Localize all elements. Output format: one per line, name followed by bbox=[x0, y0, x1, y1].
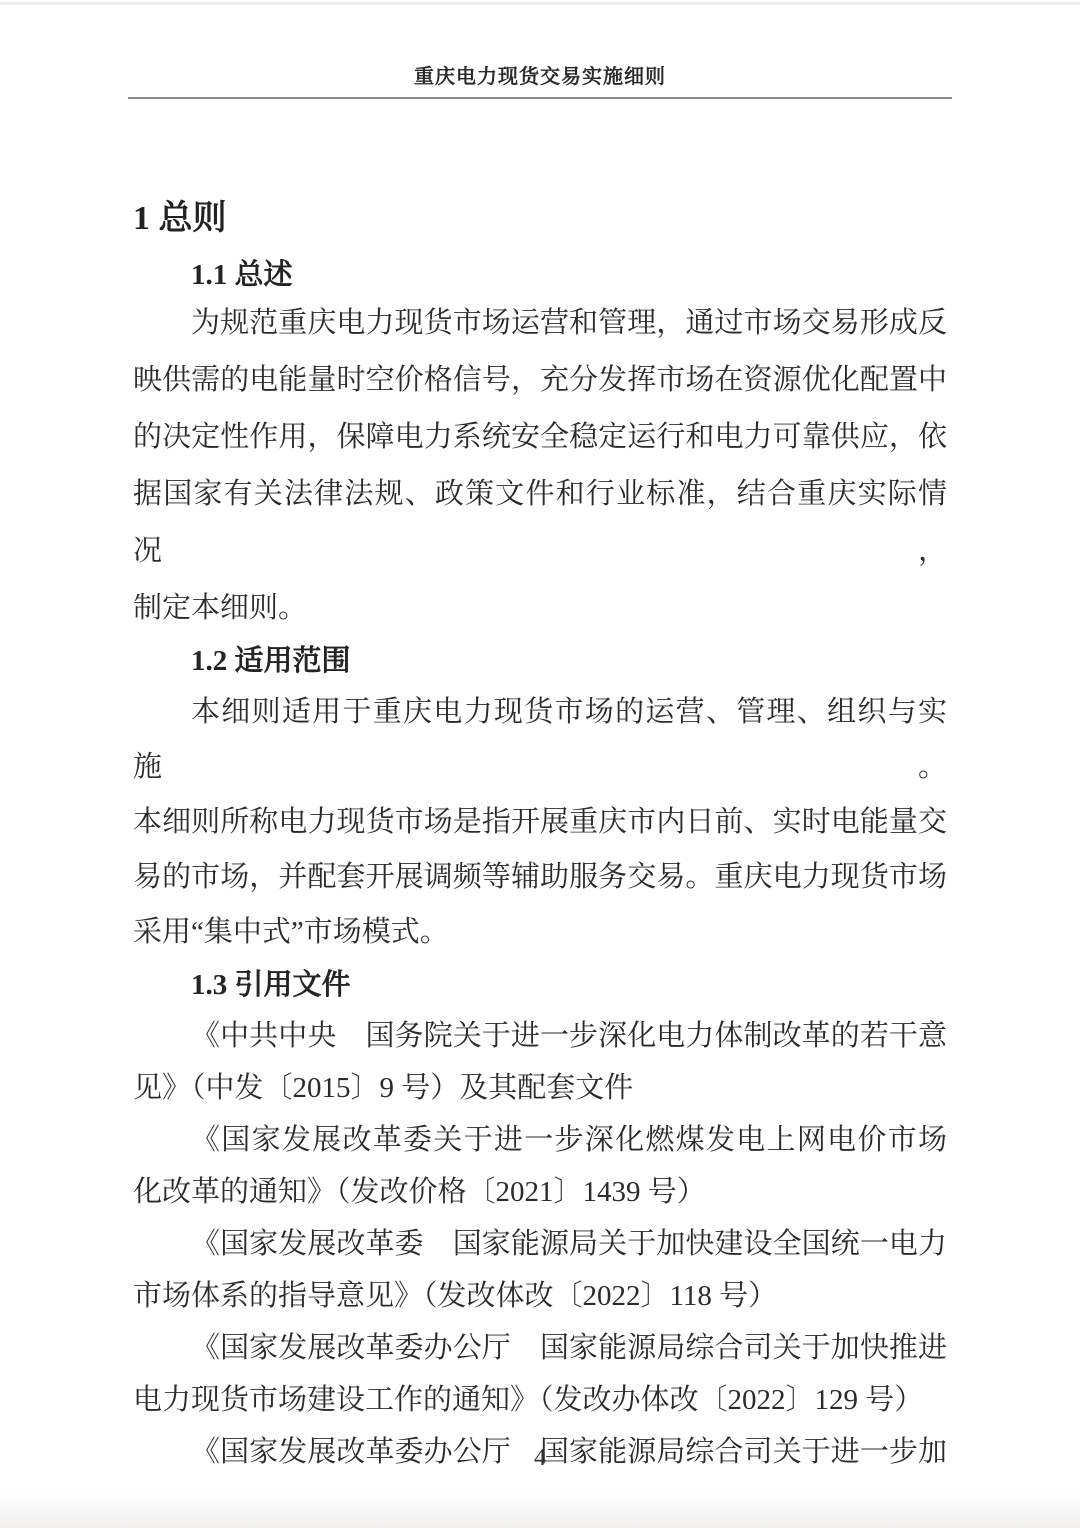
section-heading-1-3: 1.3 引用文件 bbox=[133, 960, 947, 1010]
document-content: 1 总则 1.1 总述 为规范重庆电力现货市场运营和管理，通过市场交易形成反 映… bbox=[133, 197, 947, 1478]
section-1-1-paragraph: 为规范重庆电力现货市场运营和管理，通过市场交易形成反 映供需的电能量时空价格信号… bbox=[133, 295, 947, 637]
page-header-title: 重庆电力现货交易实施细则 bbox=[0, 60, 1080, 89]
reference-line: 市场体系的指导意见》（发改体改〔2022〕118 号） bbox=[133, 1270, 947, 1322]
paragraph-line: 据国家有关法律法规、政策文件和行业标准，结合重庆实际情况， bbox=[133, 466, 947, 580]
header-rule bbox=[128, 97, 952, 99]
section-1-3-references: 《中共中央 国务院关于进一步深化电力体制改革的若干意 见》（中发〔2015〕9 … bbox=[133, 1010, 947, 1478]
reference-line: 见》（中发〔2015〕9 号）及其配套文件 bbox=[133, 1062, 947, 1114]
reference-line: 电力现货市场建设工作的通知》（发改办体改〔2022〕129 号） bbox=[133, 1374, 947, 1426]
paragraph-line: 的决定性作用，保障电力系统安全稳定运行和电力可靠供应，依 bbox=[133, 409, 947, 466]
paragraph-line: 采用“集中式”市场模式。 bbox=[133, 905, 947, 960]
section-heading-1-2: 1.2 适用范围 bbox=[133, 637, 947, 685]
reference-line: 化改革的通知》（发改价格〔2021〕1439 号） bbox=[133, 1166, 947, 1218]
reference-line: 《国家发展改革委办公厅 国家能源局综合司关于加快推进 bbox=[133, 1322, 947, 1374]
scan-top-edge bbox=[0, 2, 1080, 5]
paragraph-line: 本细则所称电力现货市场是指开展重庆市内日前、实时电能量交 bbox=[133, 795, 947, 850]
page-header: 重庆电力现货交易实施细则 bbox=[0, 0, 1080, 89]
section-heading-1-1: 1.1 总述 bbox=[133, 255, 947, 295]
page-number: 4 bbox=[0, 1445, 1080, 1472]
reference-line: 《国家发展改革委 国家能源局关于加快建设全国统一电力 bbox=[133, 1218, 947, 1270]
paragraph-line: 本细则适用于重庆电力现货市场的运营、管理、组织与实施。 bbox=[133, 685, 947, 795]
paragraph-line: 映供需的电能量时空价格信号，充分发挥市场在资源优化配置中 bbox=[133, 352, 947, 409]
paragraph-line: 为规范重庆电力现货市场运营和管理，通过市场交易形成反 bbox=[133, 295, 947, 352]
scan-bottom-edge bbox=[0, 1494, 1080, 1528]
reference-line: 《中共中央 国务院关于进一步深化电力体制改革的若干意 bbox=[133, 1010, 947, 1062]
reference-line: 《国家发展改革委关于进一步深化燃煤发电上网电价市场 bbox=[133, 1114, 947, 1166]
section-1-2-paragraph: 本细则适用于重庆电力现货市场的运营、管理、组织与实施。 本细则所称电力现货市场是… bbox=[133, 685, 947, 960]
document-page: 重庆电力现货交易实施细则 1 总则 1.1 总述 为规范重庆电力现货市场运营和管… bbox=[0, 0, 1080, 1528]
paragraph-line: 易的市场，并配套开展调频等辅助服务交易。重庆电力现货市场 bbox=[133, 850, 947, 905]
paragraph-line: 制定本细则。 bbox=[133, 580, 947, 637]
chapter-heading: 1 总则 bbox=[133, 197, 947, 241]
